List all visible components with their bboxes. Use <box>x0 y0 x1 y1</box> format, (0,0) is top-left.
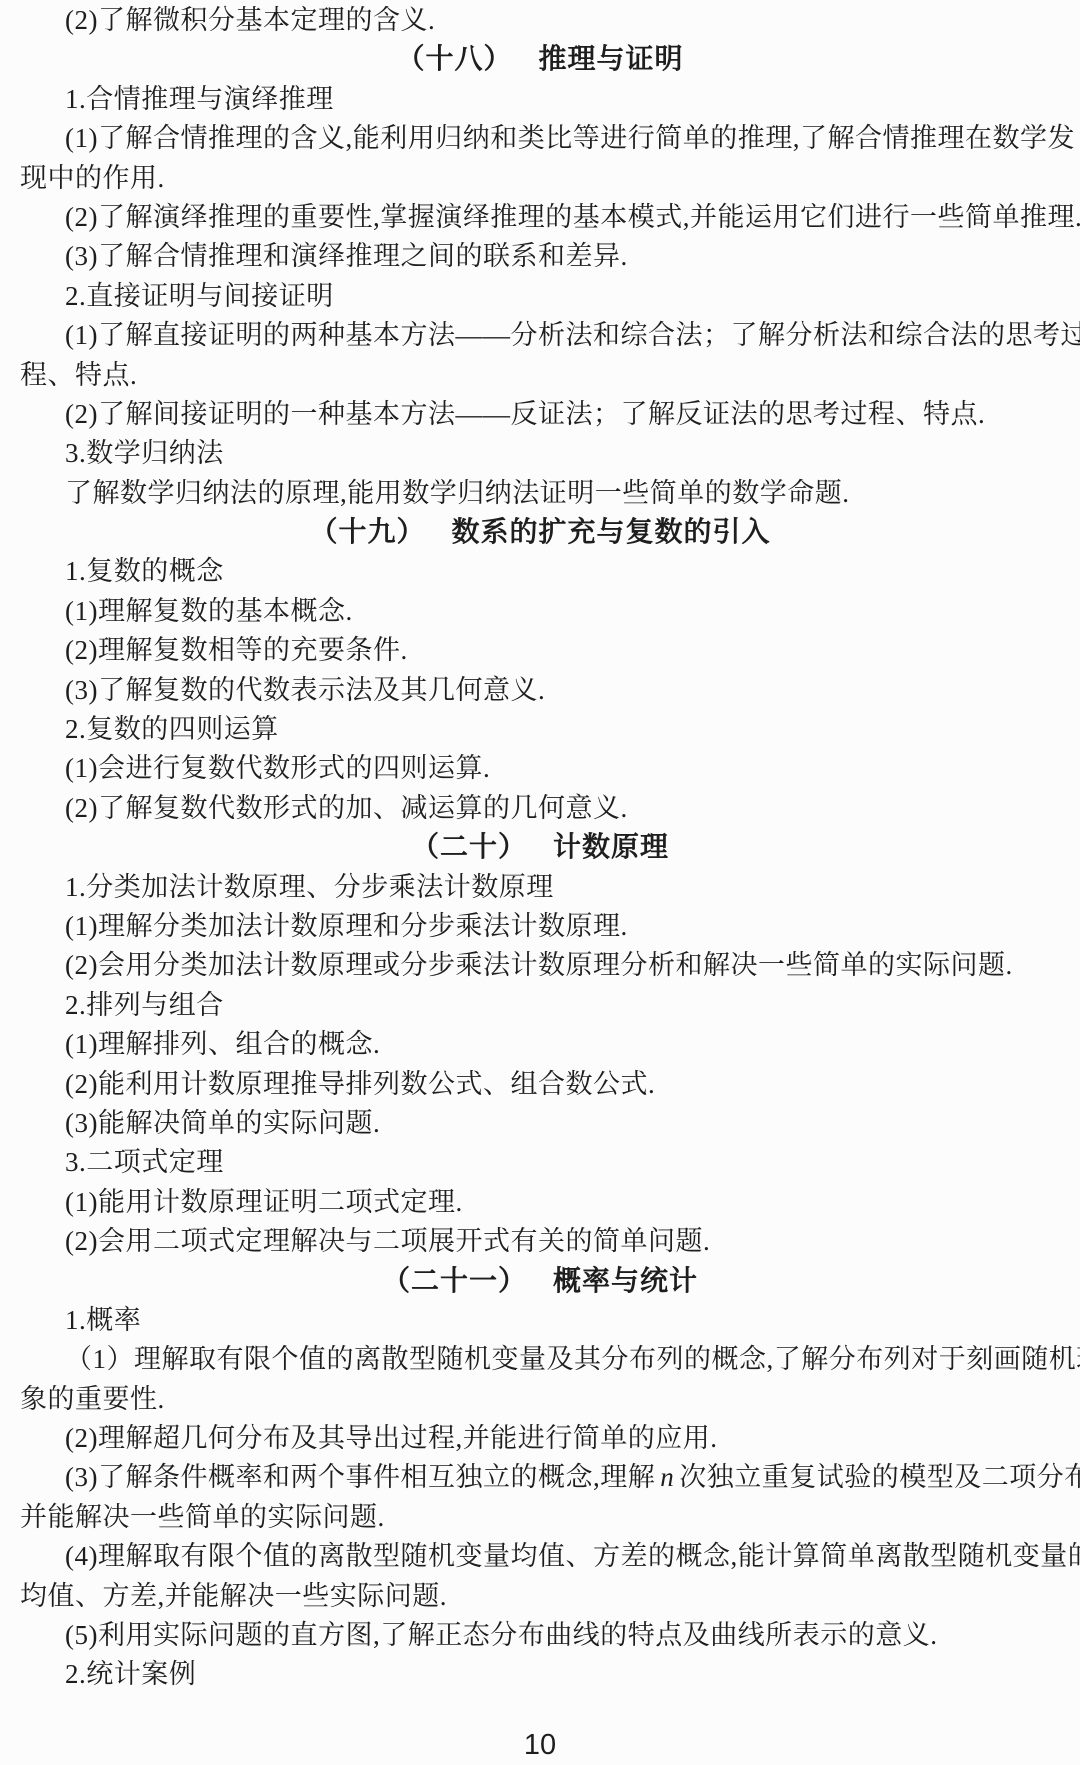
text-run: (1)了解合情推理的含义,能利用归纳和类比等进行简单的推理,了解合情推理在数学发 <box>65 123 1075 153</box>
paragraph: (1)了解直接证明的两种基本方法——分析法和综合法；了解分析法和综合法的思考过程… <box>20 316 1060 395</box>
section-title: 概率与统计 <box>553 1266 698 1297</box>
text-line: 1.合情推理与演绎推理 <box>20 80 1060 119</box>
paragraph: (2)会用分类加法计数原理或分步乘法计数原理分析和解决一些简单的实际问题. <box>20 946 1060 985</box>
text-run: (4)理解取有限个值的离散型随机变量均值、方差的概念,能计算简单离散型随机变量的 <box>65 1541 1080 1571</box>
text-run: (2)了解演绎推理的重要性,掌握演绎推理的基本模式,并能运用它们进行一些简单推理… <box>65 202 1080 232</box>
text-line: （1）理解取有限个值的离散型随机变量及其分布列的概念,了解分布列对于刻画随机现 <box>20 1340 1060 1379</box>
text-run: (3)了解合情推理和演绎推理之间的联系和差异. <box>65 241 628 271</box>
paragraph: (4)理解取有限个值的离散型随机变量均值、方差的概念,能计算简单离散型随机变量的… <box>20 1537 1060 1616</box>
paragraph: 1.合情推理与演绎推理 <box>20 80 1060 119</box>
paragraph: 2.复数的四则运算 <box>20 710 1060 749</box>
text-run: 次独立重复试验的模型及二项分布, <box>679 1462 1080 1492</box>
paragraph: (5)利用实际问题的直方图,了解正态分布曲线的特点及曲线所表示的意义. <box>20 1616 1060 1655</box>
text-run: (2)了解间接证明的一种基本方法——反证法；了解反证法的思考过程、特点. <box>65 399 985 429</box>
text-run: 象的重要性. <box>20 1384 165 1414</box>
text-line: 2.复数的四则运算 <box>20 710 1060 749</box>
text-run: 1.概率 <box>65 1305 141 1335</box>
section-number: （十八） <box>396 44 512 75</box>
text-run: 1.合情推理与演绎推理 <box>65 84 334 114</box>
text-run: 均值、方差,并能解决一些实际问题. <box>20 1581 447 1611</box>
text-line: (1)理解排列、组合的概念. <box>20 1025 1060 1064</box>
section-heading: （二十）计数原理 <box>20 828 1060 867</box>
text-line: 并能解决一些简单的实际问题. <box>20 1498 1060 1537</box>
text-run: 2.排列与组合 <box>65 990 224 1020</box>
text-line: (2)了解微积分基本定理的含义. <box>20 1 1060 40</box>
section-number: （十九） <box>309 517 425 548</box>
text-line: 2.排列与组合 <box>20 986 1060 1025</box>
text-line: 了解数学归纳法的原理,能用数学归纳法证明一些简单的数学命题. <box>20 474 1060 513</box>
section-title: 数系的扩充与复数的引入 <box>452 517 771 548</box>
text-line: 1.概率 <box>20 1301 1060 1340</box>
paragraph: 1.分类加法计数原理、分步乘法计数原理 <box>20 868 1060 907</box>
text-line: 1.分类加法计数原理、分步乘法计数原理 <box>20 868 1060 907</box>
paragraph: （1）理解取有限个值的离散型随机变量及其分布列的概念,了解分布列对于刻画随机现象… <box>20 1340 1060 1419</box>
text-run: (1)理解复数的基本概念. <box>65 596 353 626</box>
section-number: （二十一） <box>382 1266 527 1297</box>
text-run: 1.复数的概念 <box>65 556 224 586</box>
paragraph: (2)了解演绎推理的重要性,掌握演绎推理的基本模式,并能运用它们进行一些简单推理… <box>20 198 1060 237</box>
text-line: (2)理解超几何分布及其导出过程,并能进行简单的应用. <box>20 1419 1060 1458</box>
text-run: (2)会用二项式定理解决与二项展开式有关的简单问题. <box>65 1226 710 1256</box>
text-line: (4)理解取有限个值的离散型随机变量均值、方差的概念,能计算简单离散型随机变量的 <box>20 1537 1060 1576</box>
text-run: (2)了解复数代数形式的加、减运算的几何意义. <box>65 793 628 823</box>
text-line: (1)会进行复数代数形式的四则运算. <box>20 749 1060 788</box>
section-heading: （十九）数系的扩充与复数的引入 <box>20 513 1060 552</box>
text-run: (3)能解决简单的实际问题. <box>65 1108 380 1138</box>
text-line: 3.二项式定理 <box>20 1143 1060 1182</box>
paragraph: (2)会用二项式定理解决与二项展开式有关的简单问题. <box>20 1222 1060 1261</box>
text-run: (3)了解复数的代数表示法及其几何意义. <box>65 675 545 705</box>
text-run: (2)能利用计数原理推导排列数公式、组合数公式. <box>65 1069 655 1099</box>
text-line: (1)能用计数原理证明二项式定理. <box>20 1183 1060 1222</box>
text-line: 3.数学归纳法 <box>20 434 1060 473</box>
document-content: (2)了解微积分基本定理的含义.（十八）推理与证明1.合情推理与演绎推理(1)了… <box>0 0 1080 1695</box>
text-line: 象的重要性. <box>20 1380 1060 1419</box>
text-line: (1)理解分类加法计数原理和分步乘法计数原理. <box>20 907 1060 946</box>
text-line: (2)了解间接证明的一种基本方法——反证法；了解反证法的思考过程、特点. <box>20 395 1060 434</box>
text-run: (1)能用计数原理证明二项式定理. <box>65 1187 463 1217</box>
paragraph: (1)理解排列、组合的概念. <box>20 1025 1060 1064</box>
document-page: (2)了解微积分基本定理的含义.（十八）推理与证明1.合情推理与演绎推理(1)了… <box>0 0 1080 1765</box>
section-title: 计数原理 <box>553 832 669 863</box>
text-run: 2.复数的四则运算 <box>65 714 279 744</box>
paragraph: (2)了解间接证明的一种基本方法——反证法；了解反证法的思考过程、特点. <box>20 395 1060 434</box>
paragraph: 3.数学归纳法 <box>20 434 1060 473</box>
text-run: 现中的作用. <box>20 163 165 193</box>
paragraph: 1.概率 <box>20 1301 1060 1340</box>
text-run: (2)理解复数相等的充要条件. <box>65 635 408 665</box>
text-run: (1)了解直接证明的两种基本方法——分析法和综合法；了解分析法和综合法的思考过 <box>65 320 1080 350</box>
text-line: (3)了解复数的代数表示法及其几何意义. <box>20 671 1060 710</box>
text-run: 3.二项式定理 <box>65 1147 224 1177</box>
text-run: 2.直接证明与间接证明 <box>65 281 334 311</box>
section-heading: （十八）推理与证明 <box>20 40 1060 79</box>
text-run: (3)了解条件概率和两个事件相互独立的概念,理解 <box>65 1462 655 1492</box>
text-line: 2.直接证明与间接证明 <box>20 277 1060 316</box>
text-line: 程、特点. <box>20 356 1060 395</box>
text-line: (5)利用实际问题的直方图,了解正态分布曲线的特点及曲线所表示的意义. <box>20 1616 1060 1655</box>
text-run: (2)会用分类加法计数原理或分步乘法计数原理分析和解决一些简单的实际问题. <box>65 950 1013 980</box>
paragraph: (2)了解微积分基本定理的含义. <box>20 1 1060 40</box>
paragraph: 2.统计案例 <box>20 1655 1060 1694</box>
section-title: 推理与证明 <box>539 44 684 75</box>
paragraph: (1)了解合情推理的含义,能利用归纳和类比等进行简单的推理,了解合情推理在数学发… <box>20 119 1060 198</box>
text-run: 1.分类加法计数原理、分步乘法计数原理 <box>65 872 554 902</box>
paragraph: (1)会进行复数代数形式的四则运算. <box>20 749 1060 788</box>
text-line: (2)了解演绎推理的重要性,掌握演绎推理的基本模式,并能运用它们进行一些简单推理… <box>20 198 1060 237</box>
text-run: (2)理解超几何分布及其导出过程,并能进行简单的应用. <box>65 1423 717 1453</box>
text-line: 2.统计案例 <box>20 1655 1060 1694</box>
text-run: (2)了解微积分基本定理的含义. <box>65 5 435 35</box>
text-line: 现中的作用. <box>20 159 1060 198</box>
paragraph: (3)了解复数的代数表示法及其几何意义. <box>20 671 1060 710</box>
paragraph: (2)理解超几何分布及其导出过程,并能进行简单的应用. <box>20 1419 1060 1458</box>
paragraph: (1)能用计数原理证明二项式定理. <box>20 1183 1060 1222</box>
text-line: (3)了解合情推理和演绎推理之间的联系和差异. <box>20 237 1060 276</box>
section-number: （二十） <box>411 832 527 863</box>
text-line: (1)了解直接证明的两种基本方法——分析法和综合法；了解分析法和综合法的思考过 <box>20 316 1060 355</box>
text-run: 3.数学归纳法 <box>65 438 224 468</box>
paragraph: 2.直接证明与间接证明 <box>20 277 1060 316</box>
text-line: (2)了解复数代数形式的加、减运算的几何意义. <box>20 789 1060 828</box>
paragraph: (3)了解合情推理和演绎推理之间的联系和差异. <box>20 237 1060 276</box>
text-run: （1）理解取有限个值的离散型随机变量及其分布列的概念,了解分布列对于刻画随机现 <box>65 1344 1080 1374</box>
paragraph: (1)理解分类加法计数原理和分步乘法计数原理. <box>20 907 1060 946</box>
text-line: (3)了解条件概率和两个事件相互独立的概念,理解n次独立重复试验的模型及二项分布… <box>20 1458 1060 1497</box>
text-line: 均值、方差,并能解决一些实际问题. <box>20 1577 1060 1616</box>
page-number: 10 <box>0 1729 1080 1761</box>
text-run: (1)会进行复数代数形式的四则运算. <box>65 753 490 783</box>
text-run: (5)利用实际问题的直方图,了解正态分布曲线的特点及曲线所表示的意义. <box>65 1620 937 1650</box>
paragraph: (2)能利用计数原理推导排列数公式、组合数公式. <box>20 1065 1060 1104</box>
math-variable: n <box>655 1462 679 1492</box>
paragraph: (2)了解复数代数形式的加、减运算的几何意义. <box>20 789 1060 828</box>
text-line: (2)理解复数相等的充要条件. <box>20 631 1060 670</box>
text-run: 了解数学归纳法的原理,能用数学归纳法证明一些简单的数学命题. <box>65 478 850 508</box>
text-run: 并能解决一些简单的实际问题. <box>20 1502 385 1532</box>
paragraph: 1.复数的概念 <box>20 552 1060 591</box>
text-run: (1)理解分类加法计数原理和分步乘法计数原理. <box>65 911 628 941</box>
text-line: (3)能解决简单的实际问题. <box>20 1104 1060 1143</box>
paragraph: (1)理解复数的基本概念. <box>20 592 1060 631</box>
text-line: (1)理解复数的基本概念. <box>20 592 1060 631</box>
text-run: (1)理解排列、组合的概念. <box>65 1029 380 1059</box>
paragraph: (3)了解条件概率和两个事件相互独立的概念,理解n次独立重复试验的模型及二项分布… <box>20 1458 1060 1537</box>
text-run: 2.统计案例 <box>65 1659 196 1689</box>
section-heading: （二十一）概率与统计 <box>20 1262 1060 1301</box>
paragraph: (3)能解决简单的实际问题. <box>20 1104 1060 1143</box>
text-line: (2)会用分类加法计数原理或分步乘法计数原理分析和解决一些简单的实际问题. <box>20 946 1060 985</box>
text-line: (2)会用二项式定理解决与二项展开式有关的简单问题. <box>20 1222 1060 1261</box>
paragraph: 了解数学归纳法的原理,能用数学归纳法证明一些简单的数学命题. <box>20 474 1060 513</box>
text-line: 1.复数的概念 <box>20 552 1060 591</box>
paragraph: 2.排列与组合 <box>20 986 1060 1025</box>
text-line: (1)了解合情推理的含义,能利用归纳和类比等进行简单的推理,了解合情推理在数学发 <box>20 119 1060 158</box>
paragraph: (2)理解复数相等的充要条件. <box>20 631 1060 670</box>
paragraph: 3.二项式定理 <box>20 1143 1060 1182</box>
text-line: (2)能利用计数原理推导排列数公式、组合数公式. <box>20 1065 1060 1104</box>
text-run: 程、特点. <box>20 360 137 390</box>
